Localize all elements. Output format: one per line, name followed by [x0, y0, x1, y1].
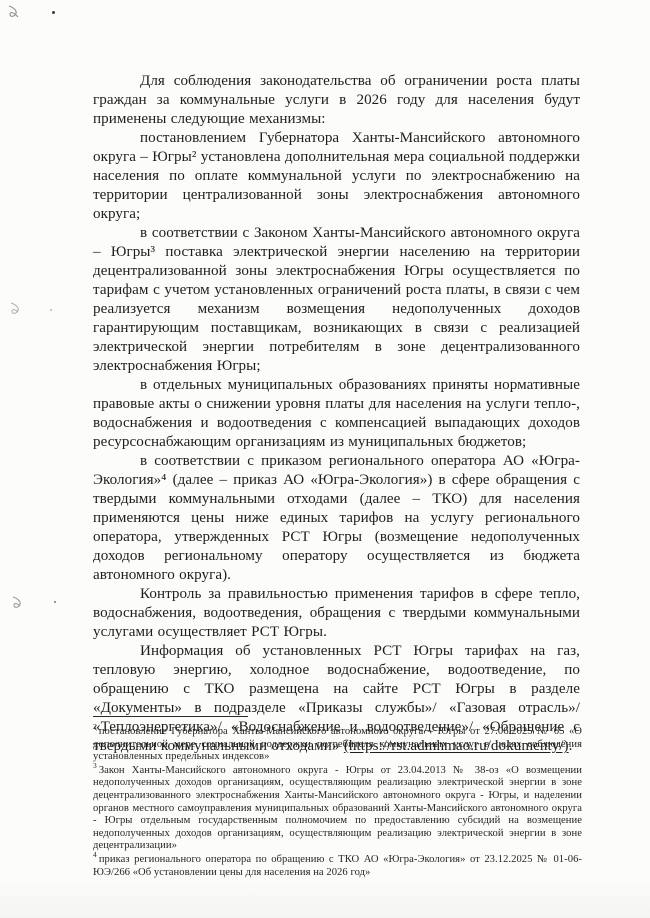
footnote-marker: 2: [93, 722, 97, 731]
scan-artifact: [6, 4, 22, 22]
footnote-separator: [93, 716, 248, 717]
footnote-marker: 3: [93, 761, 97, 770]
ink-dot: [50, 309, 52, 311]
footnote: 4приказ регионального оператора по обращ…: [93, 854, 582, 879]
document-page: { "page": { "paper_color": "#fcfcfa", "i…: [0, 0, 650, 918]
body-paragraph: в соответствии с Законом Ханты-Мансийско…: [93, 224, 580, 376]
footnote: 2постановление Губернатора Ханты-Мансийс…: [93, 726, 582, 764]
body-paragraph: Контроль за правильностью применения тар…: [93, 585, 580, 642]
body-paragraph: в соответствии с приказом регионального …: [93, 452, 580, 585]
ink-dot: [54, 601, 56, 603]
scan-artifact: [8, 301, 24, 319]
document-body: Для соблюдения законодательства об огран…: [93, 72, 580, 756]
body-paragraph: в отдельных муниципальных образованиях п…: [93, 376, 580, 452]
scan-shading: [0, 878, 650, 918]
ink-dot: [52, 11, 55, 14]
footnotes-section: 2постановление Губернатора Ханты-Мансийс…: [93, 726, 582, 880]
scan-artifact: [10, 595, 26, 613]
footnote-text: приказ регионального оператора по обраще…: [93, 854, 582, 878]
footnote-text: постановление Губернатора Ханты-Мансийск…: [93, 726, 582, 762]
footnote: 3Закон Ханты-Мансийского автономного окр…: [93, 765, 582, 853]
footnote-text: Закон Ханты-Мансийского автономного окру…: [93, 765, 582, 852]
body-paragraph: постановлением Губернатора Ханты-Мансийс…: [93, 129, 580, 224]
body-paragraph: Для соблюдения законодательства об огран…: [93, 72, 580, 129]
footnote-marker: 4: [93, 850, 97, 859]
